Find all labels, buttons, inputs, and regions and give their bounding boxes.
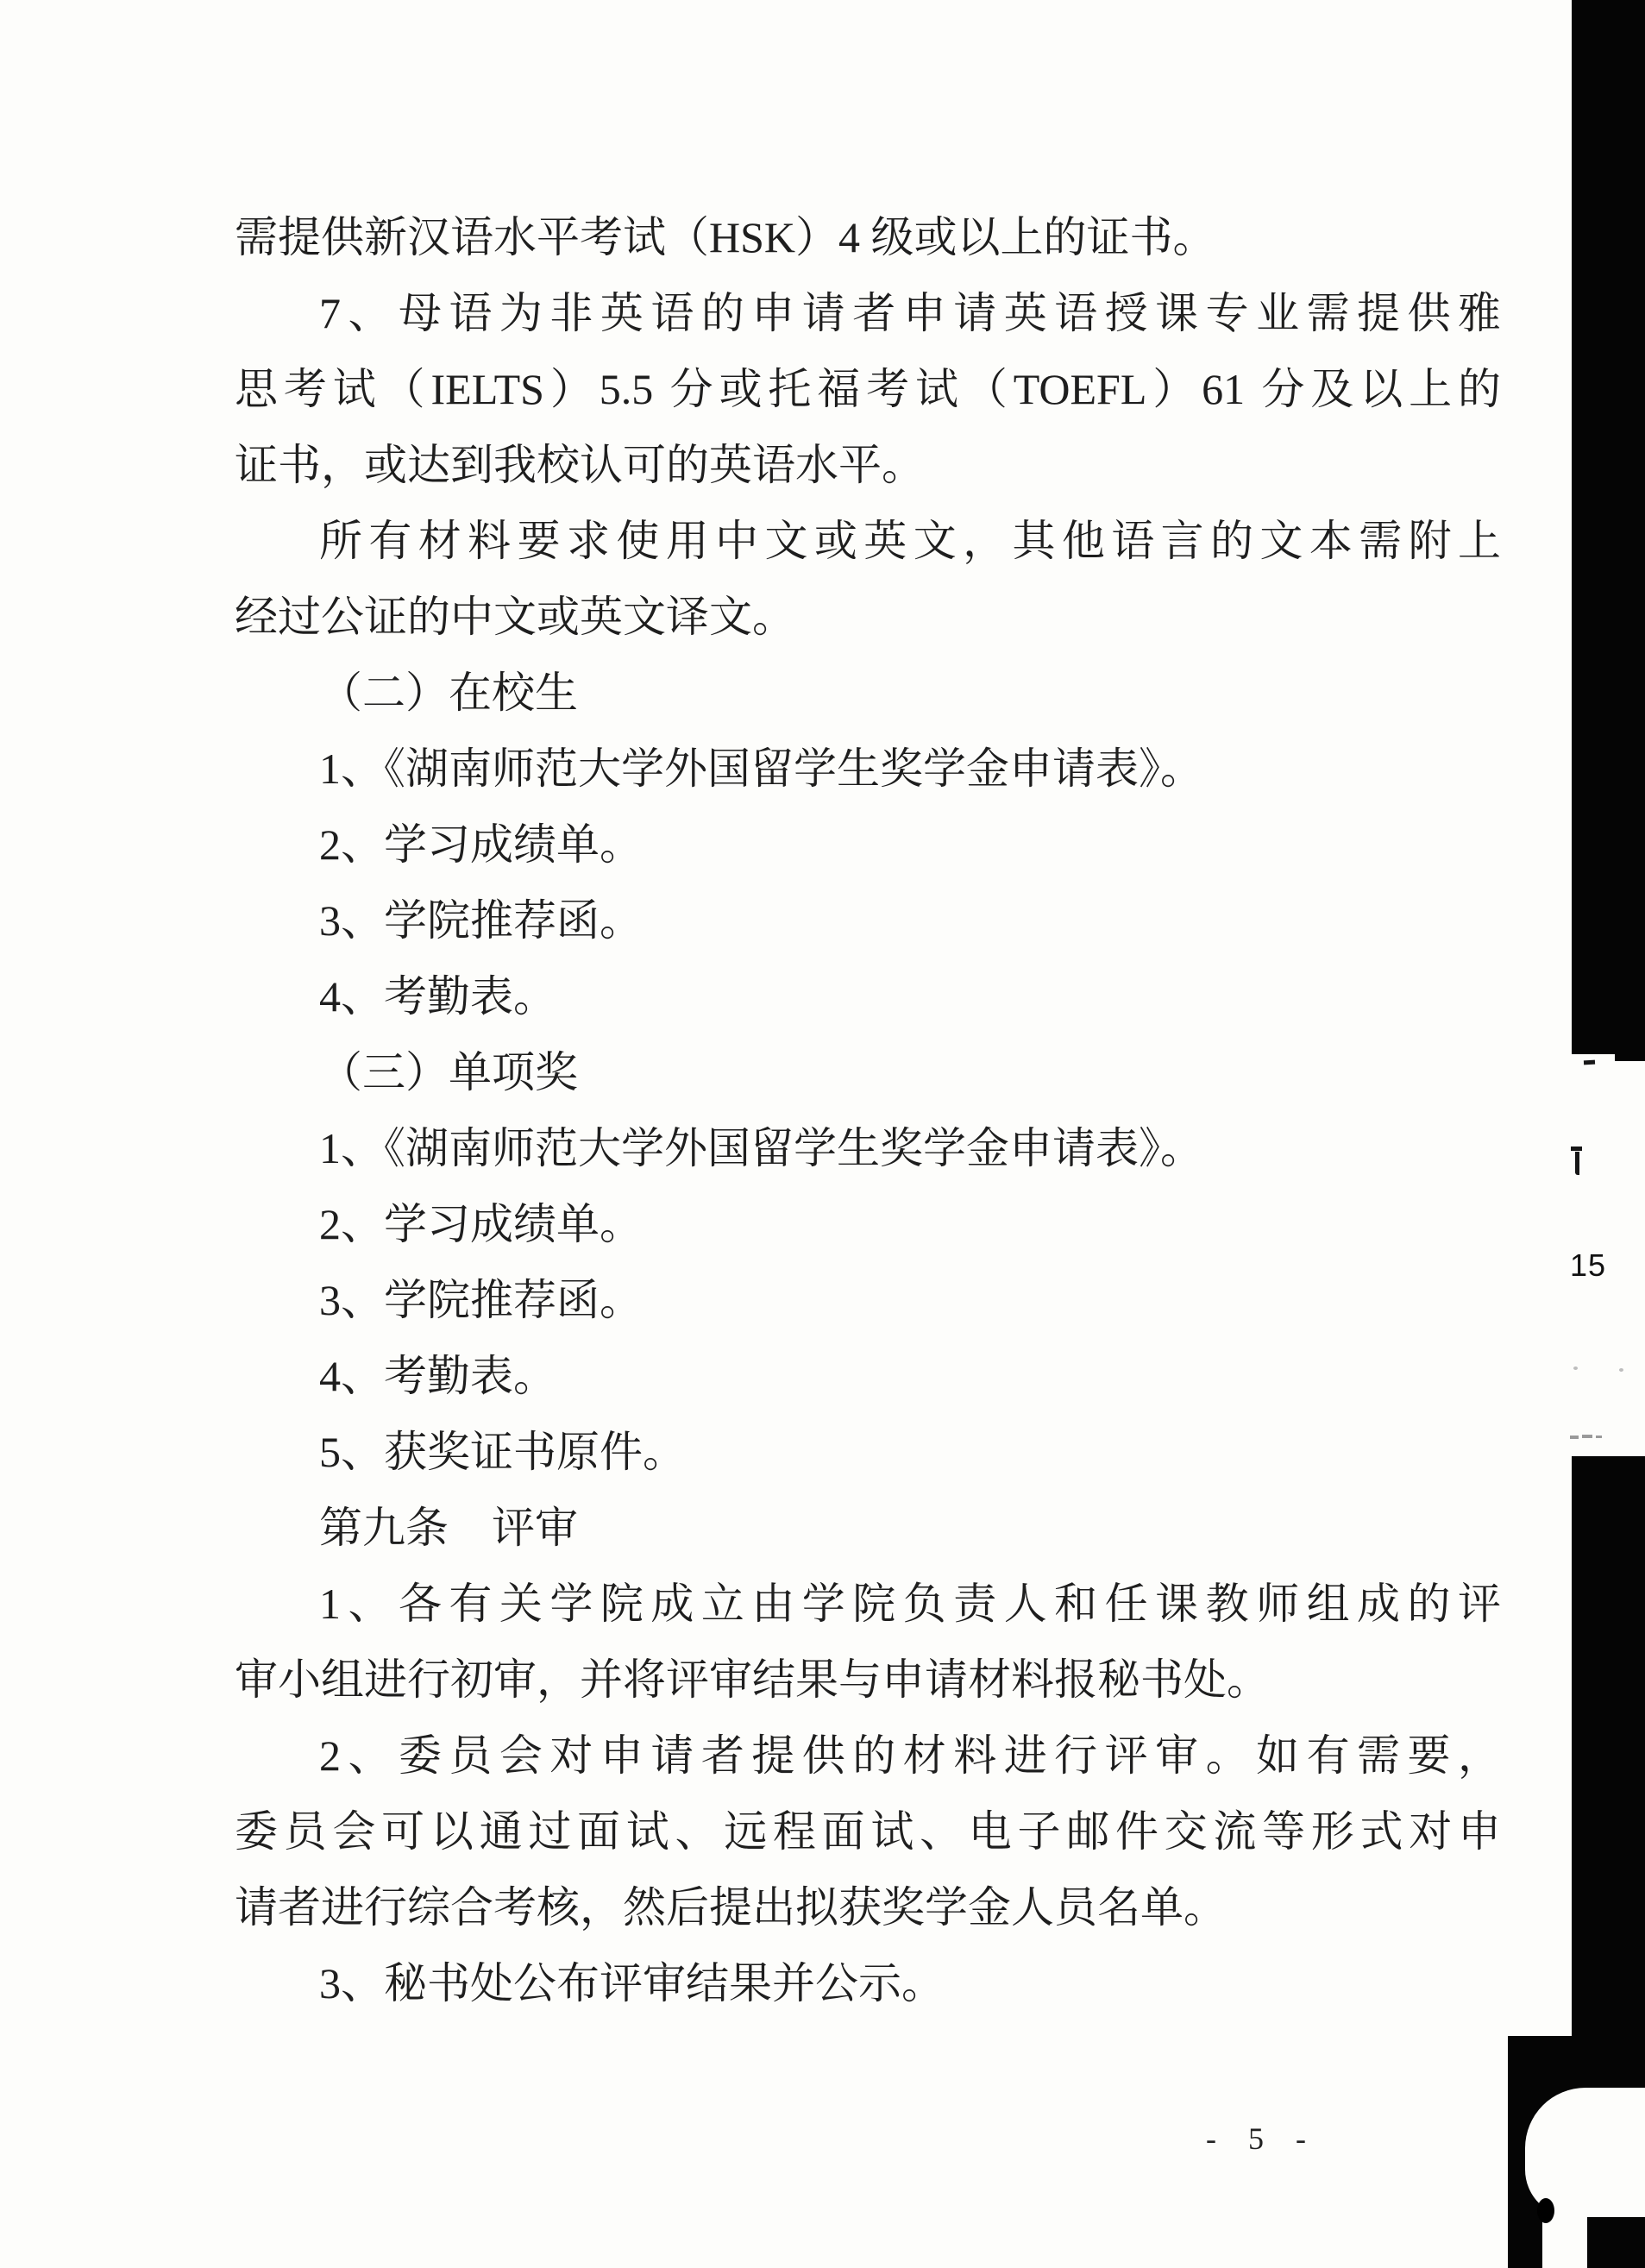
page-number: - 5 - [1206,2120,1318,2157]
text-line: 5、获奖证书原件。 [235,1414,1501,1490]
text-line: 4、考勤表。 [235,1338,1501,1414]
text-line: 证书，或达到我校认可的英语水平。 [235,427,1501,503]
margin-tab-number: 15 [1570,1247,1606,1284]
faint-dash-mark [1582,1435,1592,1438]
text-line: 审小组进行初审，并将评审结果与申请材料报秘书处。 [235,1642,1501,1718]
text-line: 3、学院推荐函。 [235,1262,1501,1338]
text-line: 4、考勤表。 [235,958,1501,1034]
scan-page: { "page": { "background": "#fdfdfb", "te… [0,0,1645,2268]
text-line: 需提供新汉语水平考试（HSK）4 级或以上的证书。 [235,199,1501,275]
text-line: 第九条 评审 [235,1490,1501,1566]
text-line: 2、学习成绩单。 [235,1186,1501,1262]
text-line: 委员会可以通过面试、远程面试、电子邮件交流等形式对申 [235,1794,1501,1869]
scan-speck [1573,1366,1578,1370]
text-line: （三）单项奖 [235,1034,1501,1110]
text-line: 思考试（IELTS）5.5 分或托福考试（TOEFL）61 分及以上的 [235,351,1501,427]
margin-bracket-mark [1571,1147,1582,1151]
scan-border-top [1572,0,1645,1054]
text-line: 1、各有关学院成立由学院负责人和任课教师组成的评 [235,1566,1501,1642]
document-text: 需提供新汉语水平考试（HSK）4 级或以上的证书。7、母语为非英语的申请者申请英… [235,199,1501,2021]
text-line: 2、学习成绩单。 [235,807,1501,883]
punch-hole-dot [1537,2198,1554,2223]
faint-dash-mark [1570,1436,1579,1439]
faint-dash-mark [1596,1436,1602,1438]
text-line: 经过公证的中文或英文译文。 [235,579,1501,655]
text-line: （二）在校生 [235,655,1501,731]
text-line: 请者进行综合考核，然后提出拟获奖学金人员名单。 [235,1869,1501,1945]
text-line: 3、秘书处公布评审结果并公示。 [235,1945,1501,2021]
margin-dash-mark [1584,1060,1595,1065]
text-line: 1、《湖南师范大学外国留学生奖学金申请表》。 [235,731,1501,807]
text-line: 所有材料要求使用中文或英文，其他语言的文本需附上 [235,503,1501,579]
margin-bracket-mark-stem [1575,1152,1579,1175]
scan-speck [1619,1368,1623,1372]
scan-border-top-tail [1615,1051,1645,1061]
text-line: 1、《湖南师范大学外国留学生奖学金申请表》。 [235,1110,1501,1186]
text-line: 7、母语为非英语的申请者申请英语授课专业需提供雅 [235,275,1501,351]
text-line: 2、委员会对申请者提供的材料进行评审。如有需要， [235,1718,1501,1794]
text-line: 3、学院推荐函。 [235,883,1501,958]
